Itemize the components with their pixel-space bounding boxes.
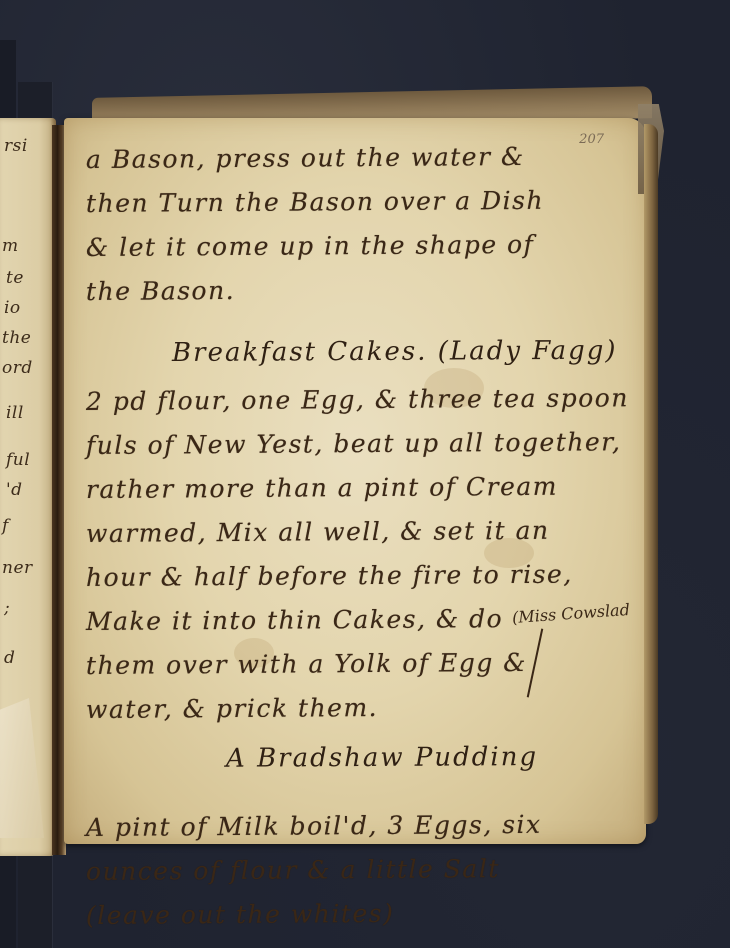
- left-fragment-text: f: [2, 516, 9, 536]
- left-page-fragment: rsi m te io the ord ill ful 'd f ner ; d: [0, 118, 56, 856]
- page-text: a Bason, press out the water & then Turn…: [86, 138, 636, 938]
- left-fragment-text: the: [2, 328, 31, 348]
- page-edge-stack: [644, 124, 658, 824]
- text-line: fuls of New Yest, beat up all together,: [86, 420, 636, 468]
- left-fragment-text: 'd: [6, 480, 23, 500]
- text-line: a Bason, press out the water &: [86, 134, 636, 182]
- text-line: rather more than a pint of Cream: [86, 464, 636, 512]
- text-line: warmed, Mix all well, & set it an: [86, 508, 636, 556]
- left-fragment-text: d: [4, 648, 15, 668]
- text-line: the Bason.: [86, 266, 636, 314]
- text-line: then Turn the Bason over a Dish: [86, 178, 636, 226]
- left-fragment-text: ill: [6, 403, 24, 423]
- left-fragment-text: io: [4, 298, 21, 318]
- recipe-heading: A Bradshaw Pudding: [86, 735, 636, 788]
- right-page: 207 a Bason, press out the water & then …: [64, 118, 646, 844]
- text-line: hour & half before the fire to rise,: [86, 552, 636, 600]
- text-line: water, & prick them.: [86, 684, 636, 732]
- left-fragment-text: ful: [6, 450, 30, 470]
- left-fragment-text: m: [2, 236, 19, 256]
- text-line: A pint of Milk boil'd, 3 Eggs, six: [86, 802, 636, 850]
- left-fragment-text: ord: [2, 358, 33, 378]
- recipe-title: Breakfast Cakes.: [172, 337, 428, 368]
- text-line: & let it come up in the shape of: [86, 222, 636, 270]
- text-line: (leave out the whites): [86, 890, 636, 938]
- left-fragment-text: te: [6, 268, 24, 288]
- left-fragment-text: ;: [4, 598, 10, 618]
- left-fragment-text: ner: [2, 558, 33, 578]
- recipe-title: A Bradshaw Pudding: [226, 742, 538, 774]
- torn-paper-scrap: [0, 698, 44, 838]
- text-line: ounces of flour & a little Salt: [86, 846, 636, 894]
- text-line: them over with a Yolk of Egg &: [86, 640, 636, 688]
- left-fragment-text: rsi: [4, 136, 28, 156]
- recipe-heading: Breakfast Cakes. (Lady Fagg): [86, 329, 636, 382]
- text-line: 2 pd flour, one Egg, & three tea spoon: [86, 376, 636, 424]
- recipe-attribution: (Lady Fagg): [438, 336, 618, 367]
